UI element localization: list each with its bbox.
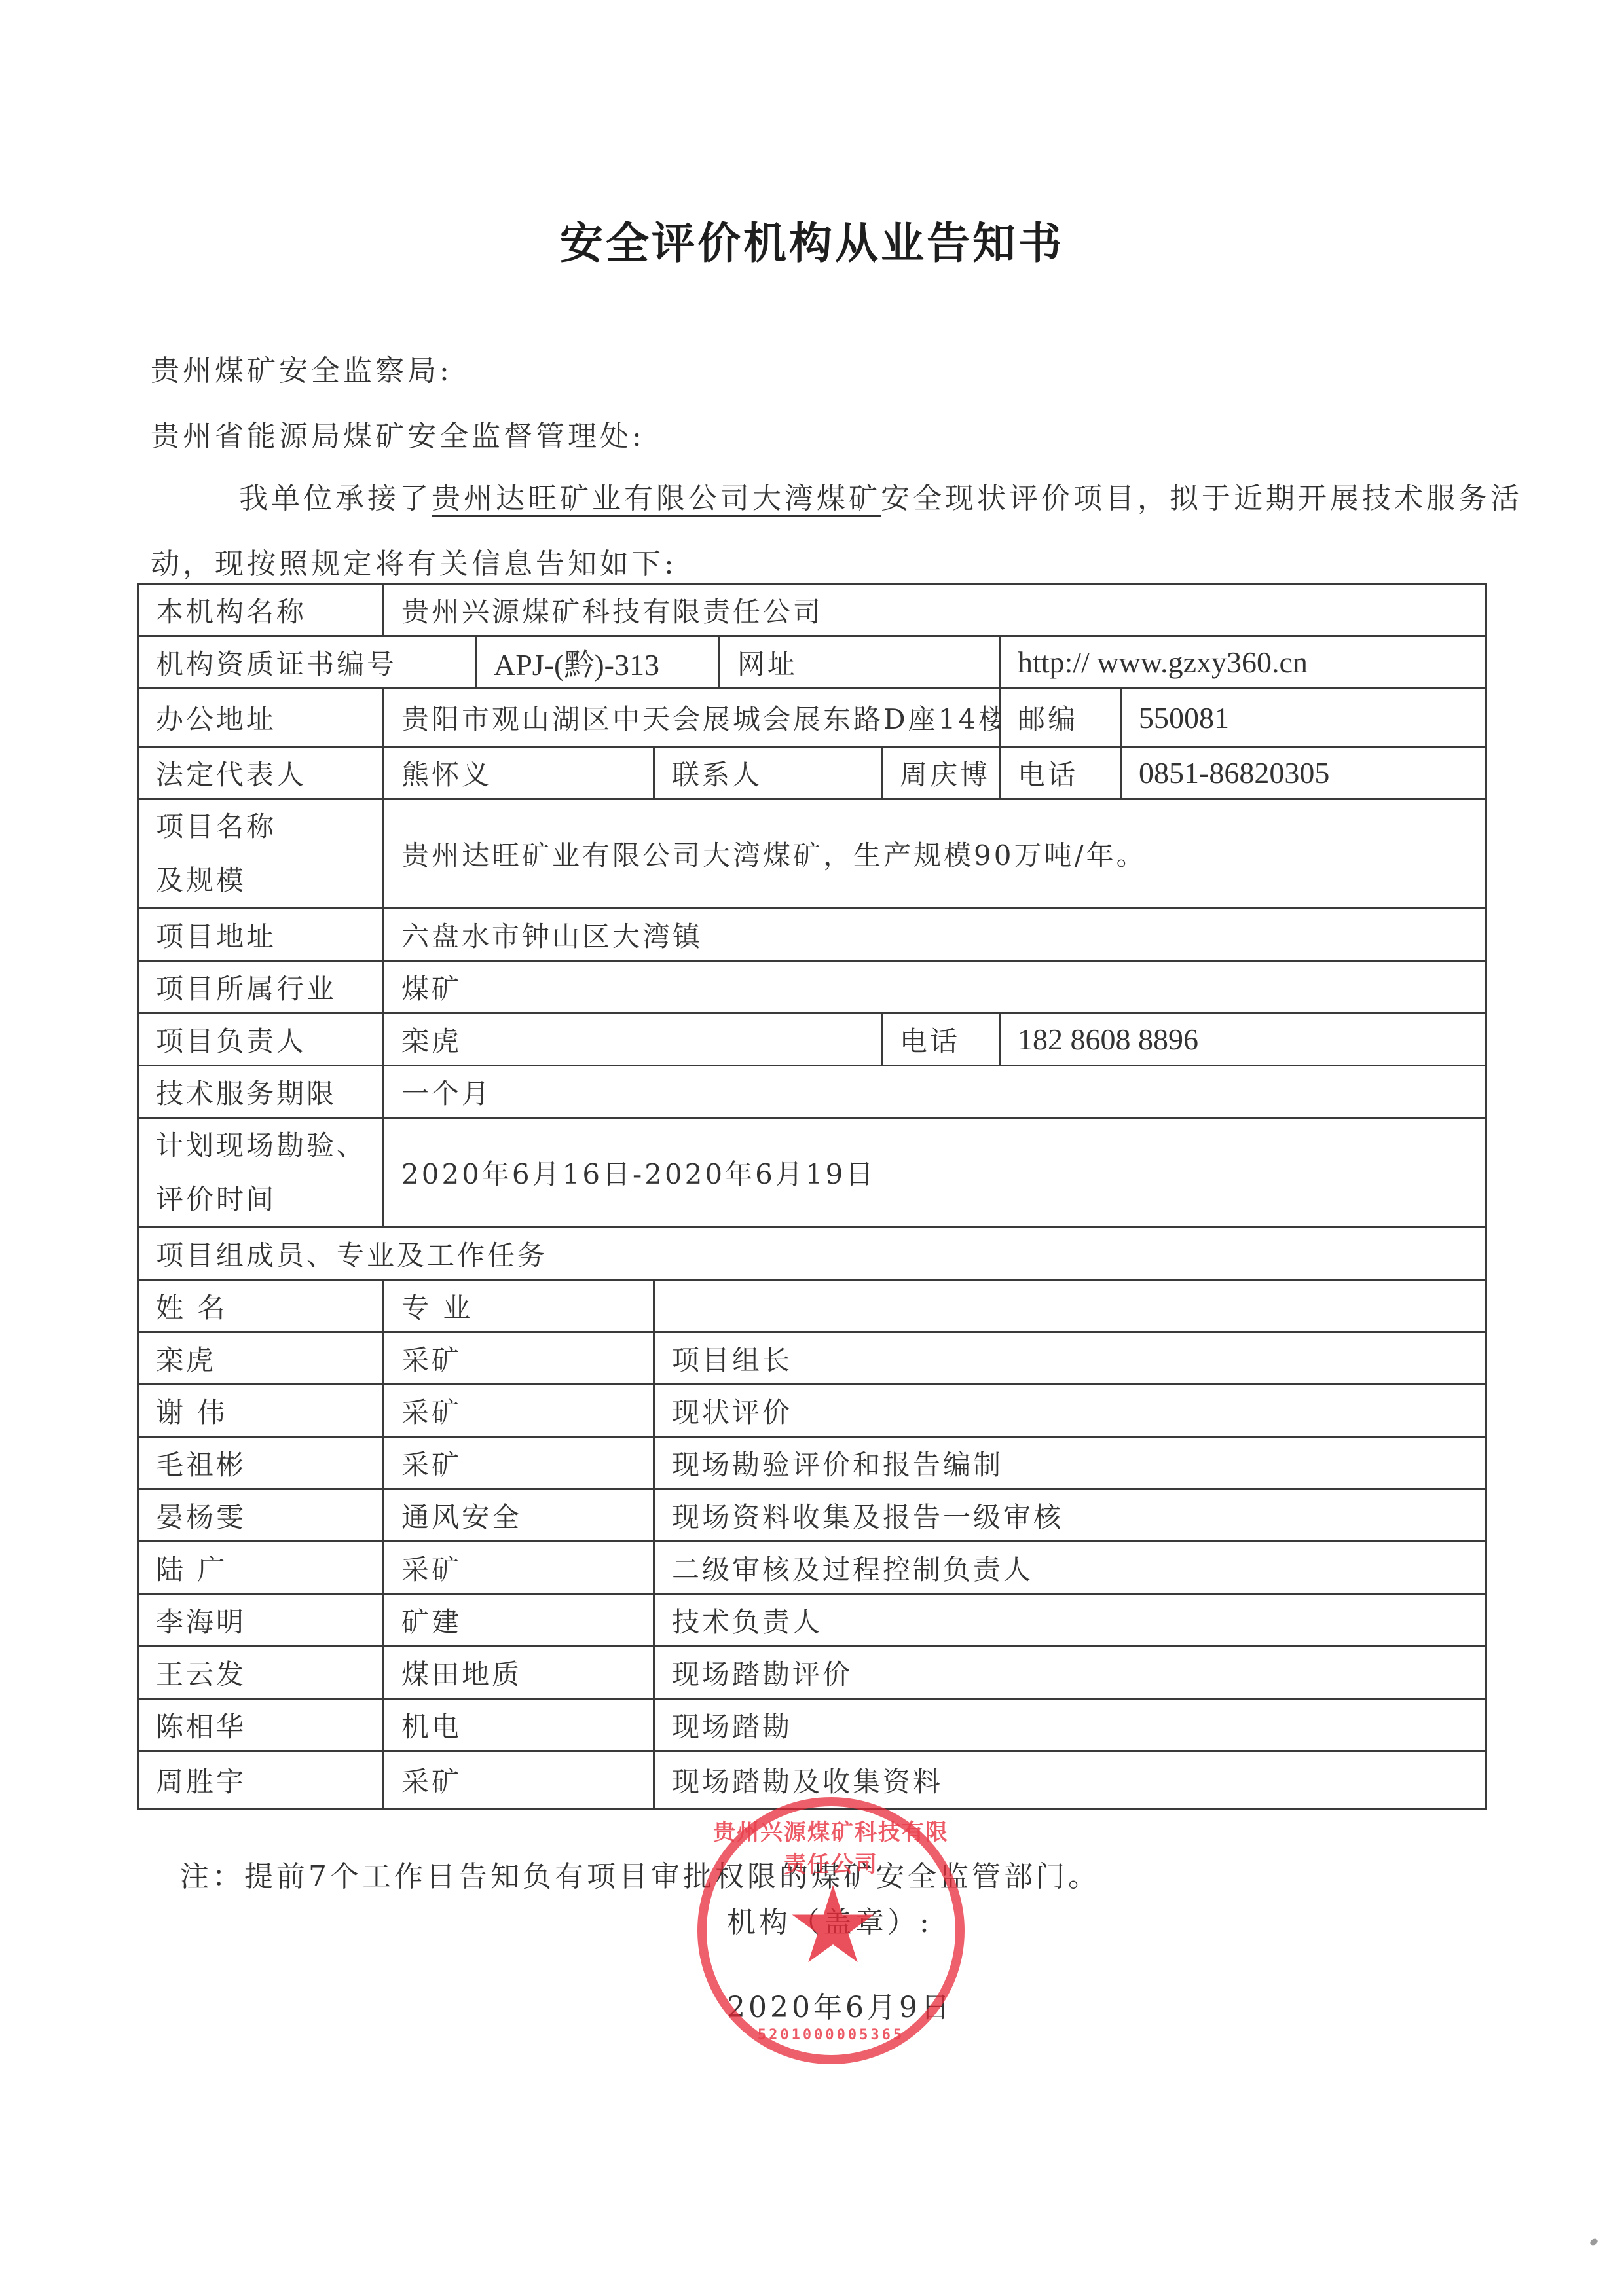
row-project-address: 项目地址 六盘水市钟山区大湾镇	[138, 909, 1486, 961]
legal-rep-label: 法定代表人	[138, 747, 384, 799]
team-member-major: 采矿	[384, 1542, 654, 1594]
addressee-2: 贵州省能源局煤矿安全监督管理处:	[151, 412, 645, 454]
manager-value: 栾虎	[384, 1013, 882, 1066]
team-member-task: 现场踏勘及收集资料	[654, 1751, 1486, 1810]
team-member-major: 采矿	[384, 1437, 654, 1489]
row-industry: 项目所属行业 煤矿	[138, 961, 1486, 1013]
office-label: 办公地址	[138, 689, 384, 747]
project-name-label-2: 及规模	[156, 864, 246, 896]
intro-line-2: 动，现按照规定将有关信息告知如下:	[151, 540, 677, 582]
team-member-task: 现场踏勘	[654, 1699, 1486, 1751]
addressee-1: 贵州煤矿安全监察局:	[151, 347, 452, 389]
schedule-label-1: 计划现场勘验、	[156, 1129, 367, 1161]
team-header-major: 专 业	[384, 1280, 654, 1332]
website-value: http:// www.gzxy360.cn	[1000, 636, 1486, 689]
team-member-name: 谢 伟	[138, 1385, 384, 1437]
team-row: 周胜宇采矿现场踏勘及收集资料	[138, 1751, 1486, 1810]
scan-speck	[1589, 2238, 1599, 2247]
team-row: 晏杨雯通风安全现场资料收集及报告一级审核	[138, 1489, 1486, 1542]
team-section-label: 项目组成员、专业及工作任务	[138, 1228, 1486, 1280]
team-row: 李海明矿建技术负责人	[138, 1594, 1486, 1647]
legal-rep-value: 熊怀义	[384, 747, 654, 799]
manager-phone-label: 电话	[882, 1013, 1000, 1066]
industry-value: 煤矿	[384, 961, 1486, 1013]
team-header-task	[654, 1280, 1486, 1332]
team-member-task: 二级审核及过程控制负责人	[654, 1542, 1486, 1594]
row-team-section: 项目组成员、专业及工作任务	[138, 1228, 1486, 1280]
team-member-major: 通风安全	[384, 1489, 654, 1542]
team-member-major: 煤田地质	[384, 1647, 654, 1699]
industry-label: 项目所属行业	[138, 961, 384, 1013]
team-member-name: 栾虎	[138, 1332, 384, 1385]
footer-note: 注：提前7个工作日告知负有项目审批权限的煤矿安全监管部门。	[180, 1853, 1100, 1895]
team-member-task: 现场踏勘评价	[654, 1647, 1486, 1699]
row-project-name: 项目名称及规模 贵州达旺矿业有限公司大湾煤矿，生产规模90万吨/年。	[138, 799, 1486, 909]
row-legal: 法定代表人 熊怀义 联系人 周庆博 电话 0851-86820305	[138, 747, 1486, 799]
manager-phone-value: 182 8608 8896	[1000, 1013, 1486, 1066]
row-office: 办公地址 贵阳市观山湖区中天会展城会展东路D座14楼 邮编 550081	[138, 689, 1486, 747]
team-header-row: 姓 名 专 业	[138, 1280, 1486, 1332]
team-member-task: 项目组长	[654, 1332, 1486, 1385]
team-member-name: 李海明	[138, 1594, 384, 1647]
intro-prefix: 我单位承接了	[239, 482, 432, 515]
team-member-task: 现场勘验评价和报告编制	[654, 1437, 1486, 1489]
row-service-period: 技术服务期限 一个月	[138, 1066, 1486, 1118]
team-member-name: 王云发	[138, 1647, 384, 1699]
cert-label: 机构资质证书编号	[138, 636, 476, 689]
service-period-value: 一个月	[384, 1066, 1486, 1118]
cert-value: APJ-(黔)-313	[476, 636, 720, 689]
postcode-label: 邮编	[1000, 689, 1121, 747]
team-row: 栾虎采矿项目组长	[138, 1332, 1486, 1385]
contact-label: 联系人	[654, 747, 882, 799]
team-header-name: 姓 名	[138, 1280, 384, 1332]
team-row: 陆 广采矿二级审核及过程控制负责人	[138, 1542, 1486, 1594]
team-member-name: 陈相华	[138, 1699, 384, 1751]
team-row: 毛祖彬采矿现场勘验评价和报告编制	[138, 1437, 1486, 1489]
row-org-name: 本机构名称 贵州兴源煤矿科技有限责任公司	[138, 584, 1486, 636]
row-schedule: 计划现场勘验、评价时间 2020年6月16日-2020年6月19日	[138, 1118, 1486, 1228]
project-address-label: 项目地址	[138, 909, 384, 961]
team-member-major: 机电	[384, 1699, 654, 1751]
org-name-label: 本机构名称	[138, 584, 384, 636]
notification-form-table: 本机构名称 贵州兴源煤矿科技有限责任公司 机构资质证书编号 APJ-(黔)-31…	[137, 583, 1487, 1810]
row-manager: 项目负责人 栾虎 电话 182 8608 8896	[138, 1013, 1486, 1066]
phone-value: 0851-86820305	[1121, 747, 1486, 799]
intro-project-name: 贵州达旺矿业有限公司大湾煤矿	[432, 482, 881, 515]
project-name-label: 项目名称及规模	[138, 799, 384, 909]
seal-code: 5201000005365	[707, 2027, 955, 2043]
intro-suffix: 安全现状评价项目，拟于近期开展技术服务活	[881, 482, 1522, 515]
org-name-value: 贵州兴源煤矿科技有限责任公司	[384, 584, 1486, 636]
schedule-label: 计划现场勘验、评价时间	[138, 1118, 384, 1228]
team-member-major: 矿建	[384, 1594, 654, 1647]
team-member-major: 采矿	[384, 1332, 654, 1385]
website-label: 网址	[720, 636, 1000, 689]
team-member-task: 现状评价	[654, 1385, 1486, 1437]
team-row: 王云发煤田地质现场踏勘评价	[138, 1647, 1486, 1699]
intro-line-1: 我单位承接了贵州达旺矿业有限公司大湾煤矿安全现状评价项目，拟于近期开展技术服务活	[239, 475, 1522, 517]
row-cert: 机构资质证书编号 APJ-(黔)-313 网址 http:// www.gzxy…	[138, 636, 1486, 689]
team-member-name: 周胜宇	[138, 1751, 384, 1810]
schedule-label-2: 评价时间	[156, 1183, 276, 1215]
manager-label: 项目负责人	[138, 1013, 384, 1066]
contact-value: 周庆博	[882, 747, 1000, 799]
team-member-task: 现场资料收集及报告一级审核	[654, 1489, 1486, 1542]
team-member-task: 技术负责人	[654, 1594, 1486, 1647]
service-period-label: 技术服务期限	[138, 1066, 384, 1118]
project-name-label-1: 项目名称	[156, 811, 276, 843]
postcode-value: 550081	[1121, 689, 1486, 747]
team-member-major: 采矿	[384, 1385, 654, 1437]
office-value: 贵阳市观山湖区中天会展城会展东路D座14楼	[384, 689, 1000, 747]
team-member-name: 陆 广	[138, 1542, 384, 1594]
signature-date: 2020年6月9日	[727, 1984, 953, 2026]
signature-label: 机构（盖章）:	[727, 1899, 932, 1941]
team-row: 谢 伟采矿现状评价	[138, 1385, 1486, 1437]
team-member-name: 毛祖彬	[138, 1437, 384, 1489]
phone-label: 电话	[1000, 747, 1121, 799]
project-name-value: 贵州达旺矿业有限公司大湾煤矿，生产规模90万吨/年。	[384, 799, 1486, 909]
project-address-value: 六盘水市钟山区大湾镇	[384, 909, 1486, 961]
schedule-value: 2020年6月16日-2020年6月19日	[384, 1118, 1486, 1228]
team-row: 陈相华机电现场踏勘	[138, 1699, 1486, 1751]
document-title: 安全评价机构从业告知书	[0, 208, 1624, 270]
team-member-name: 晏杨雯	[138, 1489, 384, 1542]
team-member-major: 采矿	[384, 1751, 654, 1810]
